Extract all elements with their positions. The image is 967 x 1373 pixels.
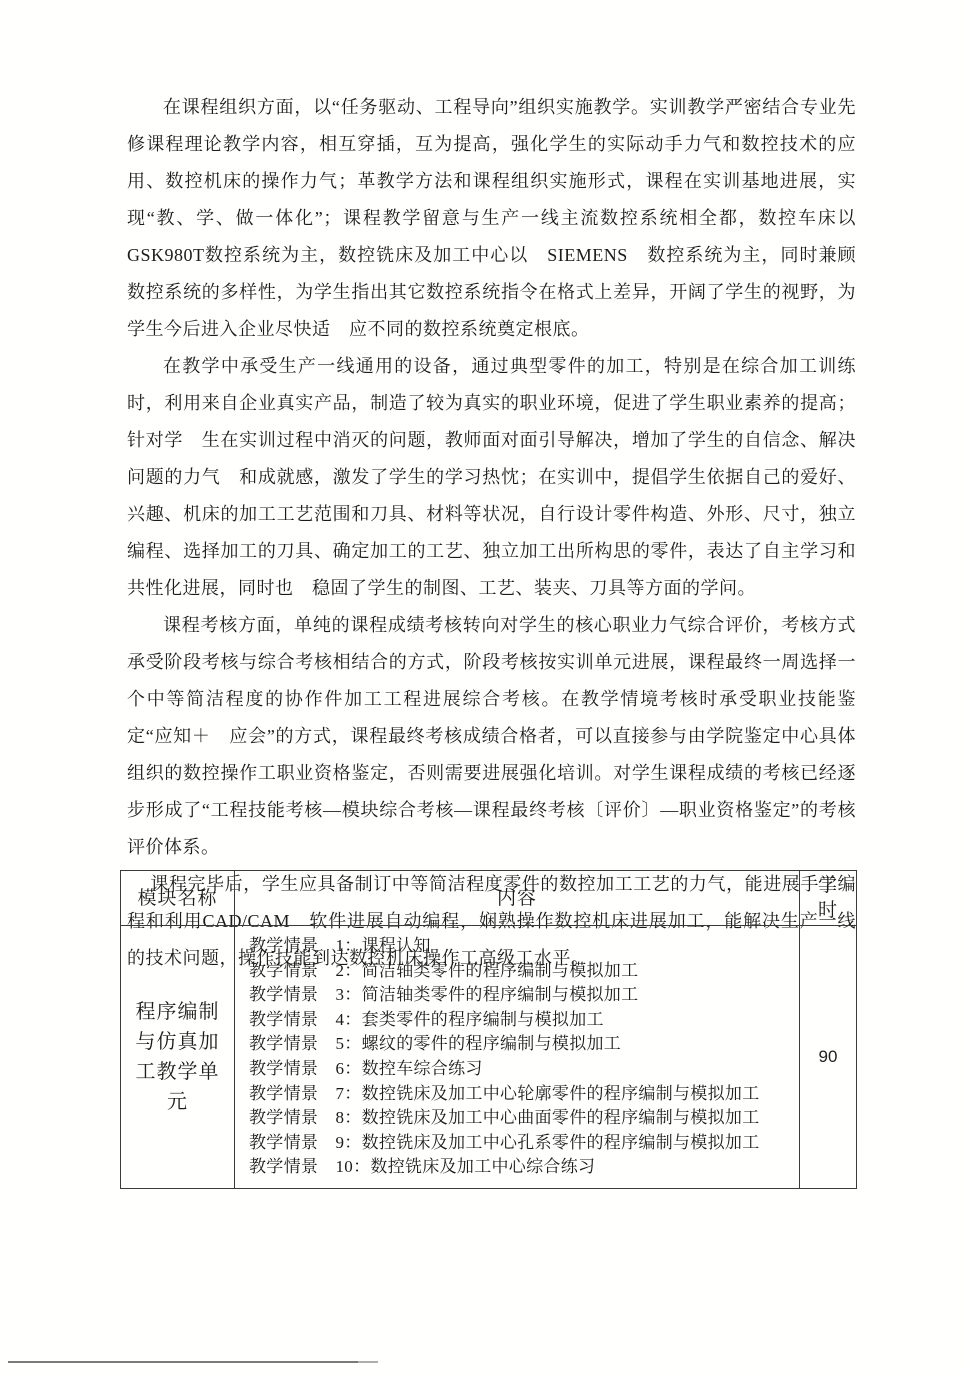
- document-body: 在课程组织方面，以“任务驱动、工程导向”组织实施教学。实训教学严密结合专业先修课…: [127, 89, 856, 977]
- module-name-cell: 程序编制与仿真加工教学单元: [121, 926, 235, 1189]
- course-module-table: 模块名称 内容 学时 程序编制与仿真加工教学单元 教学情景 1：课程认知 教学情…: [120, 870, 857, 1189]
- teaching-scenario-item: 教学情景 2：简洁轴类零件的程序编制与模拟加工: [249, 959, 795, 984]
- footnote-separator-line: [8, 1361, 378, 1363]
- hours-value-cell: 90: [800, 926, 857, 1189]
- teaching-scenario-item: 教学情景 4：套类零件的程序编制与模拟加工: [249, 1008, 795, 1033]
- teaching-scenario-item: 教学情景 1：课程认知: [249, 934, 795, 959]
- teaching-scenario-item: 教学情景 6：数控车综合练习: [249, 1057, 795, 1082]
- table-body-row: 程序编制与仿真加工教学单元 教学情景 1：课程认知 教学情景 2：简洁轴类零件的…: [121, 926, 857, 1189]
- header-module-name: 模块名称: [121, 871, 235, 926]
- teaching-scenario-item: 教学情景 3：简洁轴类零件的程序编制与模拟加工: [249, 983, 795, 1008]
- content-cell: 教学情景 1：课程认知 教学情景 2：简洁轴类零件的程序编制与模拟加工 教学情景…: [235, 926, 800, 1189]
- table-header-row: 模块名称 内容 学时: [121, 871, 857, 926]
- teaching-scenario-item: 教学情景 8：数控铣床及加工中心曲面零件的程序编制与模拟加工: [249, 1106, 795, 1131]
- footnote-separator-light-segment: [358, 1361, 378, 1363]
- paragraph-teaching-equipment: 在教学中承受生产一线通用的设备，通过典型零件的加工，特别是在综合加工训练时，利用…: [127, 348, 856, 607]
- document-page: 在课程组织方面，以“任务驱动、工程导向”组织实施教学。实训教学严密结合专业先修课…: [0, 0, 967, 1373]
- paragraph-course-assessment: 课程考核方面，单纯的课程成绩考核转向对学生的核心职业力气综合评价，考核方式承受阶…: [127, 607, 856, 866]
- footnote-separator-dark-segment: [8, 1361, 358, 1363]
- paragraph-course-organization: 在课程组织方面，以“任务驱动、工程导向”组织实施教学。实训教学严密结合专业先修课…: [127, 89, 856, 348]
- teaching-scenario-item: 教学情景 7：数控铣床及加工中心轮廓零件的程序编制与模拟加工: [249, 1082, 795, 1107]
- teaching-scenario-item: 教学情景 5：螺纹的零件的程序编制与模拟加工: [249, 1032, 795, 1057]
- teaching-scenario-item: 教学情景 9：数控铣床及加工中心孔系零件的程序编制与模拟加工: [249, 1131, 795, 1156]
- teaching-scenario-item: 教学情景 10：数控铣床及加工中心综合练习: [249, 1155, 795, 1180]
- header-hours: 学时: [800, 871, 857, 926]
- header-content: 内容: [235, 871, 800, 926]
